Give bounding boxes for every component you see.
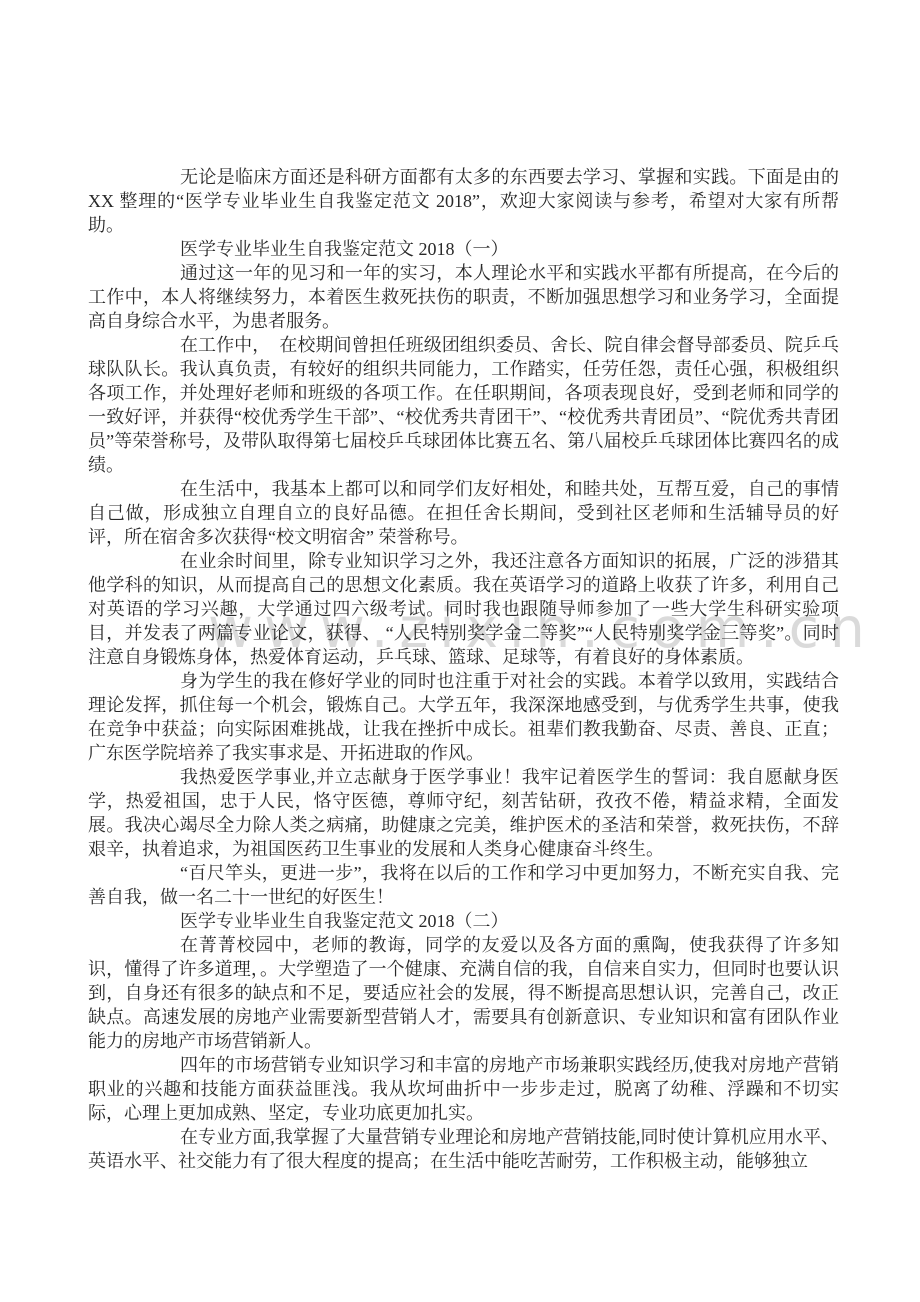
paragraph: 我热爱医学事业,并立志献身于医学事业！我牢记着医学生的誓词：我自愿献身医学，热爱… <box>88 765 839 861</box>
paragraph: 在工作中， 在校期间曾担任班级团组织委员、舍长、院自律会督导部委员、院乒乓球队队… <box>88 333 839 477</box>
paragraph: 在专业方面,我掌握了大量营销专业理论和房地产营销技能,同时使计算机应用水平、英语… <box>88 1125 839 1173</box>
document-body: 无论是临床方面还是科研方面都有太多的东西要去学习、掌握和实践。下面是由的XX 整… <box>88 165 839 1173</box>
paragraph: 无论是临床方面还是科研方面都有太多的东西要去学习、掌握和实践。下面是由的XX 整… <box>88 165 839 237</box>
paragraph: 通过这一年的见习和一年的实习，本人理论水平和实践水平都有所提高，在今后的工作中，… <box>88 261 839 333</box>
paragraph: 身为学生的我在修好学业的同时也注重于对社会的实践。本着学以致用，实践结合理论发挥… <box>88 669 839 765</box>
paragraph: “百尺竿头，更进一步”，我将在以后的工作和学习中更加努力，不断充实自我、完善自我… <box>88 861 839 909</box>
paragraph: 在菁菁校园中，老师的教诲，同学的友爱以及各方面的熏陶，使我获得了许多知识，懂得了… <box>88 933 839 1053</box>
section-heading: 医学专业毕业生自我鉴定范文 2018（二） <box>88 909 839 933</box>
paragraph: 四年的市场营销专业知识学习和丰富的房地产市场兼职实践经历,使我对房地产营销职业的… <box>88 1053 839 1125</box>
paragraph: 在业余时间里，除专业知识学习之外，我还注意各方面知识的拓展，广泛的涉猎其他学科的… <box>88 549 839 669</box>
screenshot-root: { "page": { "background_color": "#ffffff… <box>0 0 920 1302</box>
section-heading: 医学专业毕业生自我鉴定范文 2018（一） <box>88 237 839 261</box>
document-page: www.zixin.com.cn 无论是临床方面还是科研方面都有太多的东西要去学… <box>0 0 920 1302</box>
paragraph: 在生活中，我基本上都可以和同学们友好相处，和睦共处，互帮互爱，自己的事情自己做，… <box>88 477 839 549</box>
